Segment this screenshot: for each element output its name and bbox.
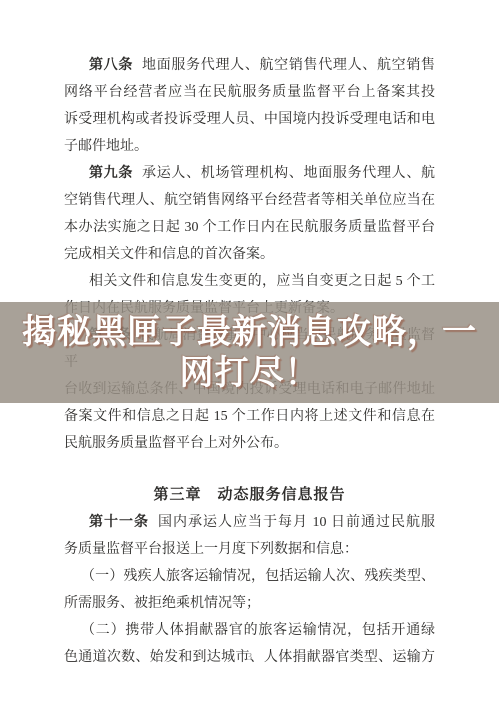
line-text: 第三章 动态服务信息报告 bbox=[153, 487, 345, 503]
line-text: （二）携带人体捐献器官的旅客运输情况，包括开通绿 bbox=[81, 623, 435, 638]
line-text: 诉受理机构或者投诉受理人员、中国境内投诉受理电话和电 bbox=[64, 112, 435, 127]
chapter-heading: 第三章 动态服务信息报告 bbox=[64, 482, 435, 509]
promo-banner-overlay[interactable]: 揭秘黑匣子最新消息攻略，一 网打尽！ bbox=[0, 302, 499, 403]
line-text: 网络平台经营者应当在民航服务质量监督平台上备案其投 bbox=[64, 85, 435, 100]
document-page: 第八条地面服务代理人、航空销售代理人、航空销售网络平台经营者应当在民航服务质量监… bbox=[0, 0, 499, 706]
line-text: 备案文件和信息之日起 15 个工作日内将上述文件和信息在 bbox=[64, 409, 435, 424]
promo-banner-text: 揭秘黑匣子最新消息攻略，一 网打尽！ bbox=[22, 312, 477, 394]
document-line: 备案文件和信息之日起 15 个工作日内将上述文件和信息在 bbox=[64, 403, 435, 430]
article-number: 第九条 bbox=[89, 166, 133, 181]
document-line: 民航服务质量监督平台上对外公布。 bbox=[64, 430, 435, 457]
document-line: 本办法实施之日起 30 个工作日内在民航服务质量监督平台 bbox=[64, 214, 435, 241]
document-line: 第八条地面服务代理人、航空销售代理人、航空销售 bbox=[64, 52, 435, 79]
line-text: 国内承运人应当于每月 10 日前通过民航服 bbox=[158, 515, 435, 530]
document-line: 子邮件地址。 bbox=[64, 133, 435, 160]
document-line: 所需服务、被拒绝乘机情况等； bbox=[64, 590, 435, 617]
line-text: 子邮件地址。 bbox=[64, 139, 148, 154]
article-number: 第八条 bbox=[89, 58, 133, 73]
article-number: 第十一条 bbox=[89, 515, 149, 530]
document-line: 诉受理机构或者投诉受理人员、中国境内投诉受理电话和电 bbox=[64, 106, 435, 133]
line-text: 相关文件和信息发生变更的，应当自变更之日起 5 个工 bbox=[89, 274, 435, 289]
line-text: 空销售代理人、航空销售网络平台经营者等相关单位应当在 bbox=[64, 193, 435, 208]
line-text: 完成相关文件和信息的首次备案。 bbox=[64, 247, 274, 262]
line-text: 承运人、机场管理机构、地面服务代理人、航 bbox=[142, 166, 435, 181]
line-text: 民航服务质量监督平台上对外公布。 bbox=[64, 436, 288, 451]
document-line: 相关文件和信息发生变更的，应当自变更之日起 5 个工 bbox=[64, 268, 435, 295]
promo-banner-line2: 网打尽！ bbox=[180, 353, 320, 393]
document-line: （一）残疾人旅客运输情况，包括运输人次、残疾类型、 bbox=[64, 563, 435, 590]
document-line: 第九条承运人、机场管理机构、地面服务代理人、航 bbox=[64, 160, 435, 187]
promo-banner-line1: 揭秘黑匣子最新消息攻略，一 bbox=[22, 312, 477, 352]
document-line: 空销售代理人、航空销售网络平台经营者等相关单位应当在 bbox=[64, 187, 435, 214]
document-line: 网络平台经营者应当在民航服务质量监督平台上备案其投 bbox=[64, 79, 435, 106]
line-text: （一）残疾人旅客运输情况，包括运输人次、残疾类型、 bbox=[81, 569, 435, 584]
document-line: （二）携带人体捐献器官的旅客运输情况，包括开通绿 bbox=[64, 617, 435, 644]
line-text: 务质量监督平台报送上一月度下列数据和信息： bbox=[64, 542, 358, 557]
document-line: 完成相关文件和信息的首次备案。 bbox=[64, 241, 435, 268]
line-text: 地面服务代理人、航空销售代理人、航空销售 bbox=[142, 58, 435, 73]
document-line: 第十一条国内承运人应当于每月 10 日前通过民航服 bbox=[64, 509, 435, 536]
document-line: 务质量监督平台报送上一月度下列数据和信息： bbox=[64, 536, 435, 563]
line-text: 本办法实施之日起 30 个工作日内在民航服务质量监督平台 bbox=[64, 220, 435, 235]
page-number: 3 bbox=[0, 651, 499, 663]
line-text: 所需服务、被拒绝乘机情况等； bbox=[64, 596, 260, 611]
